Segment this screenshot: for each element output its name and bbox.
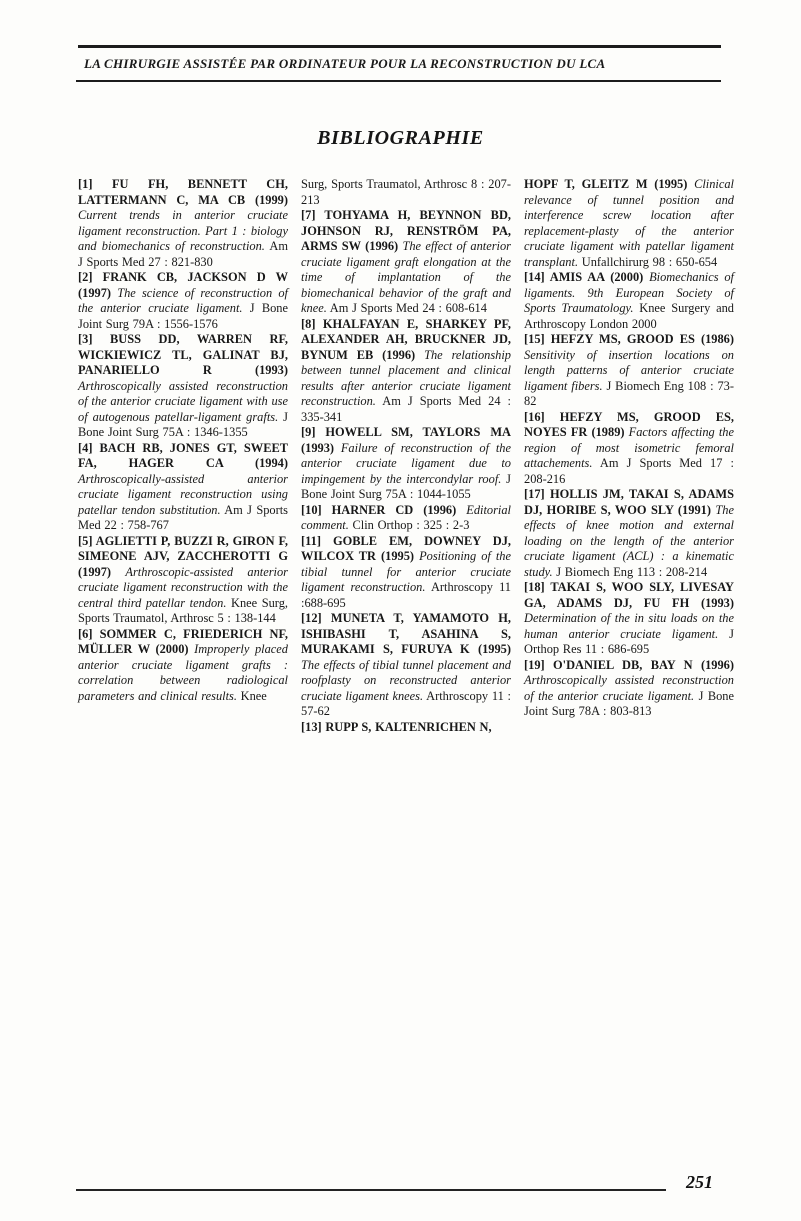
reference-authors: [18] TAKAI S, WOO SLY, LIVESAY GA, ADAMS…	[524, 580, 734, 610]
reference-entry: [2] FRANK CB, JACKSON D W (1997) The sci…	[78, 270, 288, 332]
running-header: LA CHIRURGIE ASSISTÉE PAR ORDINATEUR POU…	[84, 56, 606, 72]
reference-entry: [15] HEFZY MS, GROOD ES (1986) Sensitivi…	[524, 332, 734, 410]
reference-authors: [15] HEFZY MS, GROOD ES (1986)	[524, 332, 734, 346]
section-title: BIBLIOGRAPHIE	[0, 127, 801, 149]
reference-entry: [18] TAKAI S, WOO SLY, LIVESAY GA, ADAMS…	[524, 580, 734, 658]
reference-authors: [4] BACH RB, JONES GT, SWEET FA, HAGER C…	[78, 441, 288, 471]
reference-authors: [19] O'DANIEL DB, BAY N (1996)	[524, 658, 734, 672]
reference-authors: HOPF T, GLEITZ M (1995)	[524, 177, 694, 191]
reference-entry: [16] HEFZY MS, GROOD ES, NOYES FR (1989)…	[524, 410, 734, 488]
reference-entry: [17] HOLLIS JM, TAKAI S, ADAMS DJ, HORIB…	[524, 487, 734, 580]
reference-entry: [12] MUNETA T, YAMAMOTO H, ISHIBASHI T, …	[301, 611, 511, 720]
reference-entry: [3] BUSS DD, WARREN RF, WICKIEWICZ TL, G…	[78, 332, 288, 441]
reference-entry: [11] GOBLE EM, DOWNEY DJ, WILCOX TR (199…	[301, 534, 511, 612]
bibliography-column: Surg, Sports Traumatol, Arthrosc 8 : 207…	[301, 177, 511, 735]
scanned-paper-page: LA CHIRURGIE ASSISTÉE PAR ORDINATEUR POU…	[0, 0, 801, 1221]
reference-authors: [12] MUNETA T, YAMAMOTO H, ISHIBASHI T, …	[301, 611, 511, 656]
reference-title: Determination of the in situ loads on th…	[524, 611, 734, 641]
page-number: 251	[613, 1172, 713, 1193]
reference-entry: [7] TOHYAMA H, BEYNNON BD, JOHNSON RJ, R…	[301, 208, 511, 317]
reference-entry: Surg, Sports Traumatol, Arthrosc 8 : 207…	[301, 177, 511, 208]
footer-rule	[76, 1189, 666, 1191]
reference-source: Am J Sports Med 24 : 608-614	[327, 301, 487, 315]
bibliography-columns: [1] FU FH, BENNETT CH, LATTERMANN C, MA …	[78, 177, 734, 735]
reference-authors: [14] AMIS AA (2000)	[524, 270, 649, 284]
reference-source: Clin Orthop : 325 : 2-3	[349, 518, 470, 532]
header-bottom-rule	[76, 80, 721, 82]
reference-source: Knee	[237, 689, 267, 703]
header-top-rule	[78, 45, 721, 48]
reference-entry: [19] O'DANIEL DB, BAY N (1996) Arthrosco…	[524, 658, 734, 720]
reference-entry: [6] SOMMER C, FRIEDERICH NF, MÜLLER W (2…	[78, 627, 288, 705]
reference-source: J Biomech Eng 113 : 208-214	[553, 565, 708, 579]
reference-entry: [13] RUPP S, KALTENRICHEN N,	[301, 720, 511, 736]
reference-title: Current trends in anterior cruciate liga…	[78, 208, 288, 253]
reference-entry: [8] KHALFAYAN E, SHARKEY PF, ALEXANDER A…	[301, 317, 511, 426]
reference-entry: [14] AMIS AA (2000) Biomechanics of liga…	[524, 270, 734, 332]
bibliography-column: HOPF T, GLEITZ M (1995) Clinical relevan…	[524, 177, 734, 720]
reference-authors: [1] FU FH, BENNETT CH, LATTERMANN C, MA …	[78, 177, 288, 207]
reference-entry: [5] AGLIETTI P, BUZZI R, GIRON F, SIMEON…	[78, 534, 288, 627]
reference-entry: [4] BACH RB, JONES GT, SWEET FA, HAGER C…	[78, 441, 288, 534]
reference-authors: [3] BUSS DD, WARREN RF, WICKIEWICZ TL, G…	[78, 332, 288, 377]
reference-authors: [10] HARNER CD (1996)	[301, 503, 466, 517]
reference-authors: [17] HOLLIS JM, TAKAI S, ADAMS DJ, HORIB…	[524, 487, 734, 517]
reference-authors: [13] RUPP S, KALTENRICHEN N,	[301, 720, 492, 734]
reference-entry: HOPF T, GLEITZ M (1995) Clinical relevan…	[524, 177, 734, 270]
reference-entry: [1] FU FH, BENNETT CH, LATTERMANN C, MA …	[78, 177, 288, 270]
reference-source: Surg, Sports Traumatol, Arthrosc 8 : 207…	[301, 177, 511, 207]
reference-title: Arthroscopically assisted reconstruction…	[78, 379, 288, 424]
bibliography-column: [1] FU FH, BENNETT CH, LATTERMANN C, MA …	[78, 177, 288, 704]
reference-entry: [10] HARNER CD (1996) Editorial comment.…	[301, 503, 511, 534]
reference-source: Unfallchirurg 98 : 650-654	[578, 255, 717, 269]
reference-entry: [9] HOWELL SM, TAYLORS MA (1993) Failure…	[301, 425, 511, 503]
